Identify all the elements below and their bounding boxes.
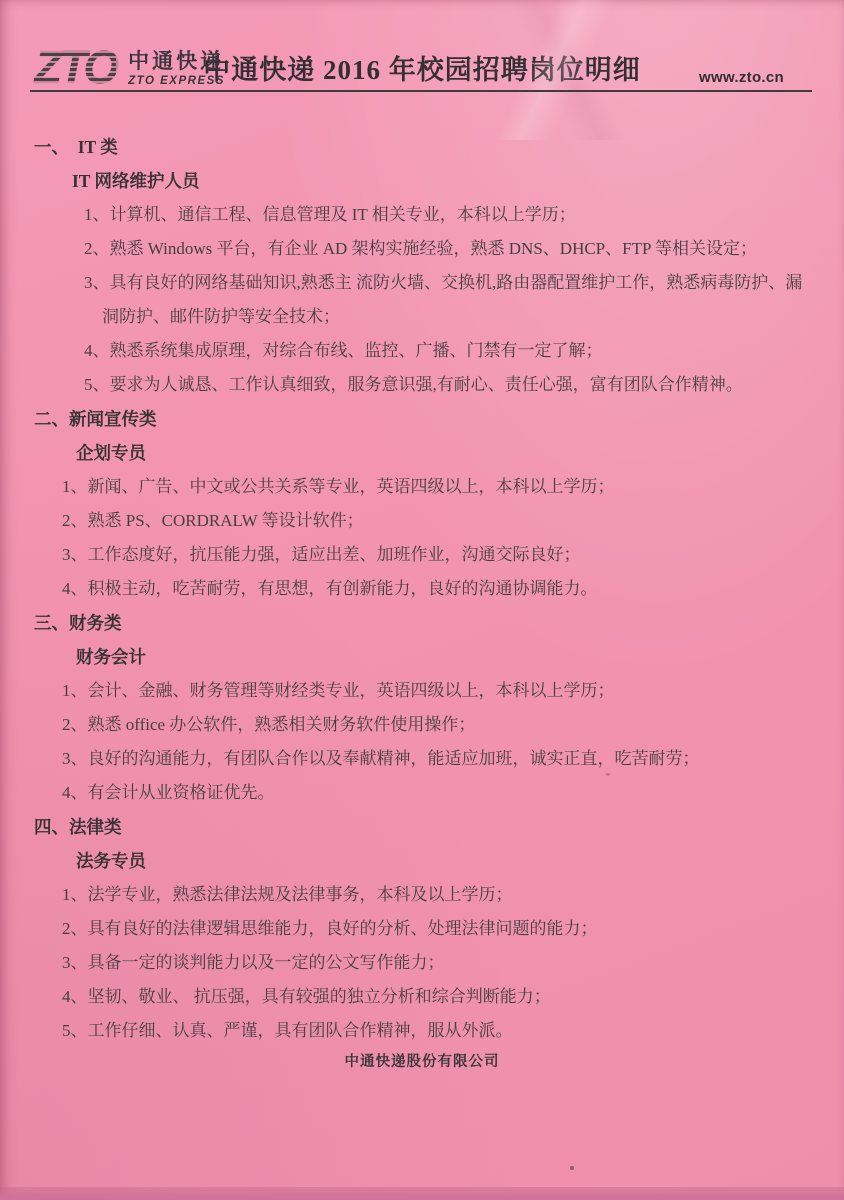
section-heading: 一、 IT 类 bbox=[0, 130, 816, 164]
paper-speck bbox=[570, 1166, 574, 1170]
requirement-item: 4、积极主动，吃苦耐劳，有思想，有创新能力，良好的沟通协调能力。 bbox=[0, 572, 816, 606]
requirement-item: 3、具有良好的网络基础知识,熟悉主 流防火墙、交换机,路由器配置维护工作，熟悉病… bbox=[0, 266, 816, 334]
section-legal: 四、法律类 法务专员 1、法学专业，熟悉法律法规及法律事务，本科及以上学历； 2… bbox=[0, 810, 816, 1048]
position-title: 财务会计 bbox=[0, 640, 816, 674]
zto-logo: ZTO 中通快递 ZTO EXPRESS bbox=[34, 46, 225, 88]
requirement-item: 1、会计、金融、财务管理等财经类专业，英语四级以上，本科以上学历； bbox=[0, 674, 816, 708]
section-heading: 四、法律类 bbox=[0, 810, 816, 844]
requirement-item: 5、工作仔细、认真、严谨，具有团队合作精神，服从外派。 bbox=[0, 1014, 816, 1048]
requirement-item: 2、熟悉 PS、CORDRALW 等设计软件； bbox=[0, 504, 816, 538]
zto-logo-names: 中通快递 ZTO EXPRESS bbox=[128, 51, 225, 89]
requirement-item: 3、良好的沟通能力，有团队合作以及奉献精神，能适应加班，诚实正直，吃苦耐劳； bbox=[0, 742, 816, 776]
section-heading: 二、新闻宣传类 bbox=[0, 402, 816, 436]
requirement-item: 4、坚韧、敬业、 抗压强，具有较强的独立分析和综合判断能力； bbox=[0, 980, 816, 1014]
requirement-item: 3、工作态度好，抗压能力强，适应出差、加班作业，沟通交际良好； bbox=[0, 538, 816, 572]
requirement-item: 4、熟悉系统集成原理，对综合布线、监控、广播、门禁有一定了解； bbox=[0, 334, 816, 368]
position-title: 企划专员 bbox=[0, 436, 816, 470]
section-news-publicity: 二、新闻宣传类 企划专员 1、新闻、广告、中文或公共关系等专业，英语四级以上，本… bbox=[0, 402, 816, 606]
requirement-item: 2、熟悉 Windows 平台，有企业 AD 架构实施经验，熟悉 DNS、DHC… bbox=[0, 232, 816, 266]
section-finance: 三、财务类 财务会计 1、会计、金融、财务管理等财经类专业，英语四级以上，本科以… bbox=[0, 606, 816, 810]
requirement-item: 5、要求为人诚恳、工作认真细致，服务意识强,有耐心、责任心强，富有团队合作精神。 bbox=[0, 368, 816, 402]
requirement-item: 2、熟悉 office 办公软件，熟悉相关财务软件使用操作； bbox=[0, 708, 816, 742]
requirement-item: 4、有会计从业资格证优先。 bbox=[0, 776, 816, 810]
letterhead: ZTO 中通快递 ZTO EXPRESS www.zto.cn bbox=[30, 38, 812, 92]
section-heading: 三、财务类 bbox=[0, 606, 816, 640]
zto-logo-icon: ZTO bbox=[34, 46, 116, 88]
company-name: 中通快递股份有限公司 bbox=[0, 1051, 844, 1073]
section-it: 一、 IT 类 IT 网络维护人员 1、计算机、通信工程、信息管理及 IT 相关… bbox=[0, 130, 816, 402]
logo-name-cn: 中通快递 bbox=[128, 51, 225, 72]
document-body: 一、 IT 类 IT 网络维护人员 1、计算机、通信工程、信息管理及 IT 相关… bbox=[0, 130, 844, 1048]
requirement-item: 2、具有良好的法律逻辑思维能力，良好的分析、处理法律问题的能力； bbox=[0, 912, 816, 946]
requirement-item: 3、具备一定的谈判能力以及一定的公文写作能力； bbox=[0, 946, 816, 980]
position-title: 法务专员 bbox=[0, 844, 816, 878]
logo-name-en: ZTO EXPRESS bbox=[128, 76, 225, 88]
requirement-item: 1、新闻、广告、中文或公共关系等专业，英语四级以上，本科以上学历； bbox=[0, 470, 816, 504]
requirement-item: 1、计算机、通信工程、信息管理及 IT 相关专业，本科以上学历； bbox=[0, 198, 816, 232]
paper-speck bbox=[606, 773, 610, 776]
position-title: IT 网络维护人员 bbox=[0, 164, 816, 198]
requirement-item: 1、法学专业，熟悉法律法规及法律事务，本科及以上学历； bbox=[0, 878, 816, 912]
paper-bottom-edge bbox=[0, 1187, 844, 1200]
website-url: www.zto.cn bbox=[699, 69, 784, 86]
scanned-document-page: ZTO 中通快递 ZTO EXPRESS www.zto.cn 中通快递 201… bbox=[0, 0, 844, 1200]
